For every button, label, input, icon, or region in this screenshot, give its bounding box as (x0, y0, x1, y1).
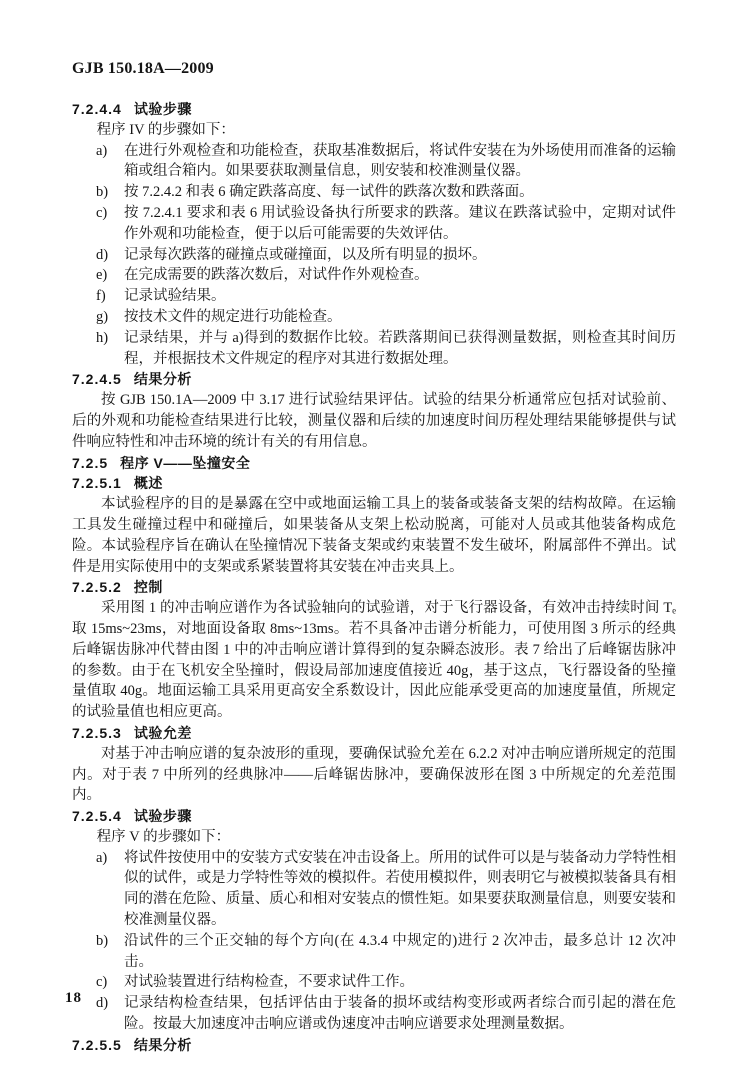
section-title: 程序 V——坠撞安全 (120, 455, 250, 471)
list-item-text: 按 7.2.4.2 和表 6 确定跌落高度、每一试件的跌落次数和跌落面。 (124, 184, 534, 200)
list-item: a)在进行外观检查和功能检查，获取基准数据后，将试件安装在为外场使用而准备的运输… (72, 141, 676, 183)
procedure4-intro: 程序 IV 的步骤如下： (72, 120, 676, 141)
section-number: 7.2.5.1 (72, 475, 122, 491)
procedure5-step-list: a)将试件按使用中的安装方式安装在冲击设备上。所用的试件可以是与装备动力学特性相… (72, 848, 676, 1035)
section-title: 结果分析 (134, 1037, 192, 1053)
doc-code-header: GJB 150.18A—2009 (72, 60, 214, 78)
list-item: d)记录每次跌落的碰撞点或碰撞面，以及所有明显的损坏。 (72, 245, 676, 266)
page-number: 18 (65, 990, 82, 1007)
list-item-label: e) (96, 265, 107, 286)
list-item-text: 在完成需要的跌落次数后，对试件作外观检查。 (124, 267, 429, 283)
list-item-text: 记录试验结果。 (124, 288, 226, 304)
section-heading-7253: 7.2.5.3试验允差 (72, 723, 676, 744)
tolerance-paragraph: 对基于冲击响应谱的复杂波形的重现，要确保试验允差在 6.2.2 对冲击响应谱所规… (72, 744, 676, 806)
list-item-label: c) (96, 203, 107, 224)
section-heading-7244: 7.2.4.4试验步骤 (72, 99, 676, 120)
section-heading-7245: 7.2.4.5结果分析 (72, 369, 676, 390)
list-item-label: h) (96, 328, 108, 349)
list-item-label: c) (96, 972, 107, 993)
section-heading-7251: 7.2.5.1概述 (72, 473, 676, 494)
document-page: GJB 150.18A—2009 7.2.4.4试验步骤 程序 IV 的步骤如下… (0, 0, 744, 1066)
list-item-label: d) (96, 245, 108, 266)
section-heading-725: 7.2.5程序 V——坠撞安全 (72, 453, 676, 474)
list-item-label: f) (96, 286, 106, 307)
list-item-text: 在进行外观检查和功能检查，获取基准数据后，将试件安装在为外场使用而准备的运输箱或… (124, 143, 676, 180)
list-item-label: d) (96, 993, 108, 1014)
list-item-text: 对试验装置进行结构检查，不要求试件工作。 (124, 974, 414, 990)
list-item-label: a) (96, 848, 107, 869)
list-item-text: 按 7.2.4.1 要求和表 6 用试验设备执行所要求的跌落。建议在跌落试验中，… (124, 205, 676, 242)
section-number: 7.2.5.3 (72, 725, 122, 741)
control-paragraph: 采用图 1 的冲击响应谱作为各试验轴向的试验谱，对于飞行器设备，有效冲击持续时间… (72, 598, 676, 723)
section-number: 7.2.4.5 (72, 371, 122, 387)
list-item: g)按技术文件的规定进行功能检查。 (72, 307, 676, 328)
list-item-text: 记录每次跌落的碰撞点或碰撞面，以及所有明显的损坏。 (124, 247, 487, 263)
page-body: 7.2.4.4试验步骤 程序 IV 的步骤如下： a)在进行外观检查和功能检查，… (72, 99, 676, 1056)
section-number: 7.2.5.4 (72, 808, 122, 824)
list-item-label: b) (96, 182, 108, 203)
list-item-text: 将试件按使用中的安装方式安装在冲击设备上。所用的试件可以是与装备动力学特性相似的… (124, 850, 676, 928)
section-title: 结果分析 (134, 371, 192, 387)
list-item: b)按 7.2.4.2 和表 6 确定跌落高度、每一试件的跌落次数和跌落面。 (72, 182, 676, 203)
list-item-label: b) (96, 931, 108, 952)
section-number: 7.2.4.4 (72, 101, 122, 117)
list-item: e)在完成需要的跌落次数后，对试件作外观检查。 (72, 265, 676, 286)
procedure5-intro: 程序 V 的步骤如下： (72, 827, 676, 848)
list-item-label: a) (96, 141, 107, 162)
section-heading-7255: 7.2.5.5结果分析 (72, 1035, 676, 1056)
list-item: d)记录结构检查结果，包括评估由于装备的损坏或结构变形或两者综合而引起的潜在危险… (72, 993, 676, 1035)
list-item: f)记录试验结果。 (72, 286, 676, 307)
overview-paragraph: 本试验程序的目的是暴露在空中或地面运输工具上的装备或装备支架的结构故障。在运输工… (72, 494, 676, 577)
list-item-text: 记录结构检查结果，包括评估由于装备的损坏或结构变形或两者综合而引起的潜在危险。按… (124, 995, 676, 1032)
list-item: b)沿试件的三个正交轴的每个方向(在 4.3.4 中规定的)进行 2 次冲击，最… (72, 931, 676, 973)
list-item-text: 按技术文件的规定进行功能检查。 (124, 309, 342, 325)
list-item: h)记录结果，并与 a)得到的数据作比较。若跌落期间已获得测量数据，则检查其时间… (72, 328, 676, 370)
section-heading-7254: 7.2.5.4试验步骤 (72, 806, 676, 827)
section-title: 控制 (134, 579, 163, 595)
procedure4-step-list: a)在进行外观检查和功能检查，获取基准数据后，将试件安装在为外场使用而准备的运输… (72, 141, 676, 370)
list-item-label: g) (96, 307, 108, 328)
section-number: 7.2.5 (72, 455, 108, 471)
list-item-text: 记录结果，并与 a)得到的数据作比较。若跌落期间已获得测量数据，则检查其时间历程… (124, 330, 676, 367)
section-title: 试验允差 (134, 725, 192, 741)
section-number: 7.2.5.2 (72, 579, 122, 595)
list-item-text: 沿试件的三个正交轴的每个方向(在 4.3.4 中规定的)进行 2 次冲击，最多总… (124, 933, 676, 970)
section-title: 概述 (134, 475, 163, 491)
section-heading-7252: 7.2.5.2控制 (72, 577, 676, 598)
section-title: 试验步骤 (134, 808, 192, 824)
list-item: c)按 7.2.4.1 要求和表 6 用试验设备执行所要求的跌落。建议在跌落试验… (72, 203, 676, 245)
list-item: c)对试验装置进行结构检查，不要求试件工作。 (72, 972, 676, 993)
list-item: a)将试件按使用中的安装方式安装在冲击设备上。所用的试件可以是与装备动力学特性相… (72, 848, 676, 931)
section-number: 7.2.5.5 (72, 1037, 122, 1053)
result-analysis4-paragraph: 按 GJB 150.1A—2009 中 3.17 进行试验结果评估。试验的结果分… (72, 390, 676, 452)
section-title: 试验步骤 (134, 101, 192, 117)
